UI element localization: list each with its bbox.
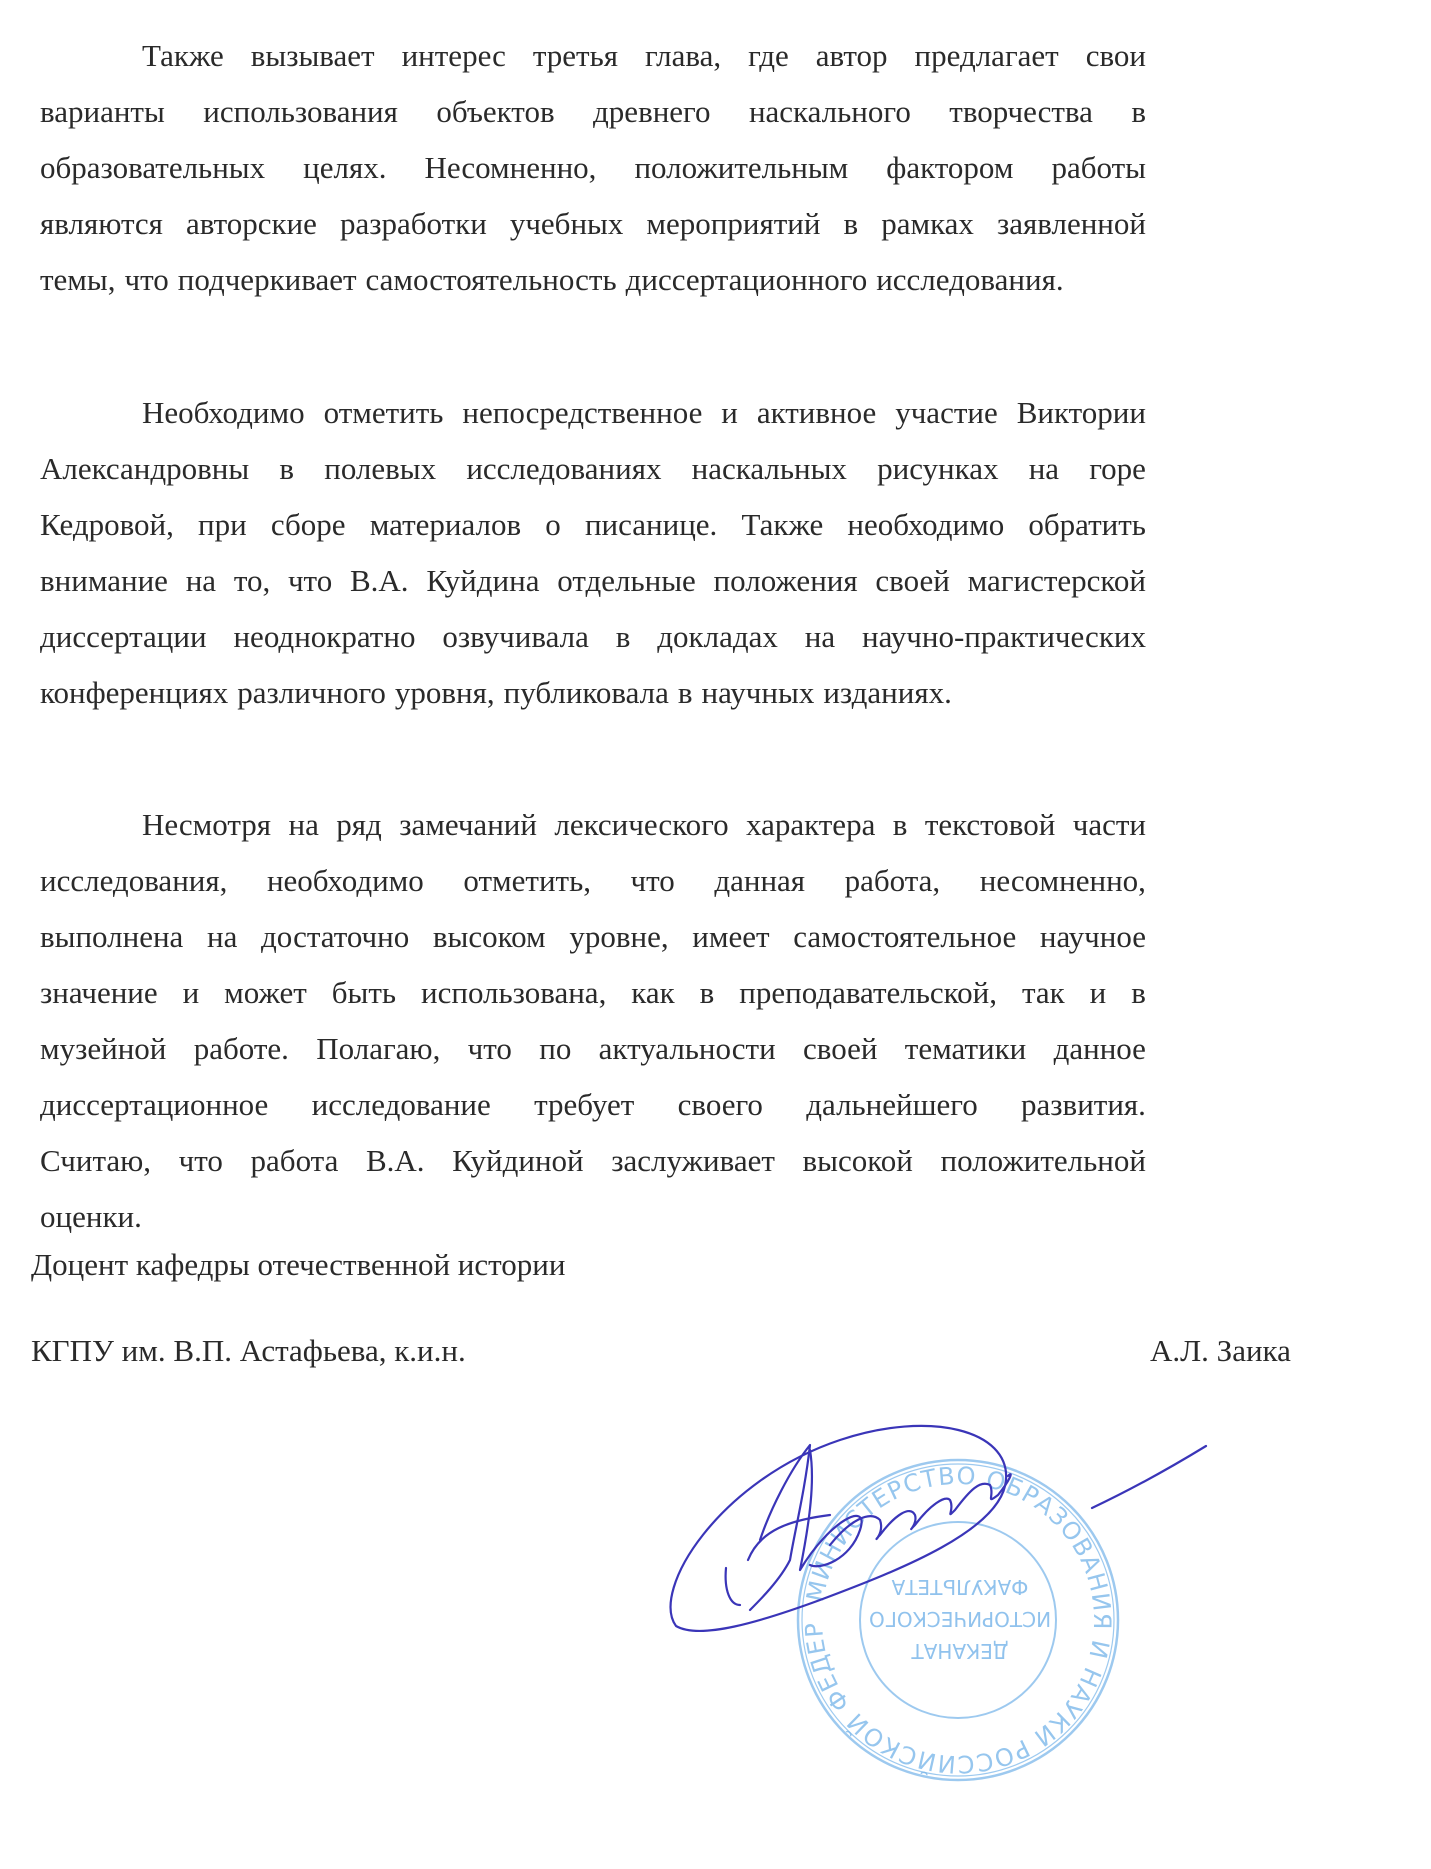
word: являются [40, 196, 163, 252]
word: высоком [433, 909, 546, 965]
word: на [289, 797, 319, 853]
word: на [1029, 441, 1059, 497]
word: то, [234, 553, 270, 609]
text-line: оценки. [40, 1189, 1146, 1245]
text-line: вариантыиспользованияобъектовдревнегонас… [40, 84, 1146, 140]
text-line: темы,чтоподчеркиваетсамостоятельностьдис… [40, 252, 1146, 308]
word: заявленной [997, 196, 1146, 252]
word: оценки. [40, 1189, 142, 1245]
word: фактором [886, 140, 1013, 196]
word: отдельные [557, 553, 696, 609]
word: учебных [510, 196, 624, 252]
word: в [844, 196, 859, 252]
word: использована, [421, 965, 606, 1021]
word: что [288, 553, 332, 609]
word: рисунках [877, 441, 998, 497]
word: по [539, 1021, 571, 1077]
word: публиковала [504, 665, 669, 721]
text-line: являютсяавторскиеразработкиучебныхмеропр… [40, 196, 1146, 252]
word: работы [1051, 140, 1146, 196]
word: подчеркивает [178, 252, 357, 308]
word: обратить [1028, 497, 1146, 553]
word: изданиях. [823, 665, 952, 721]
paragraph-3: Несмотрянарядзамечанийлексическогохаракт… [40, 797, 1146, 1245]
word: Полагаю, [316, 1021, 440, 1077]
word: в [700, 965, 715, 1021]
word: творчества [949, 84, 1093, 140]
word: Куйдина [426, 553, 539, 609]
word: о [545, 497, 561, 553]
word: что [125, 252, 169, 308]
word: магистерской [968, 553, 1146, 609]
word: дальнейшего [806, 1077, 977, 1133]
word: Считаю, [40, 1133, 151, 1189]
word: авторские [186, 196, 317, 252]
word: в [1131, 965, 1146, 1021]
word: актуальности [599, 1021, 776, 1077]
word: исследования, [40, 853, 227, 909]
text-line: значениеиможетбытьиспользована,каквпрепо… [40, 965, 1146, 1021]
word: наскальных [692, 441, 847, 497]
text-line: вниманиенато,чтоВ.А.Куйдинаотдельныеполо… [40, 553, 1146, 609]
word: использования [203, 84, 398, 140]
signatory-organization: КГПУ им. В.П. Астафьева, к.и.н. [31, 1333, 466, 1369]
word: автор [816, 28, 888, 84]
stamp-inner-line-1: ДЕКАНАТ [911, 1639, 1009, 1663]
stamp-inner-line-2: ИСТОРИЧЕСКОГО [869, 1607, 1051, 1631]
word: как [631, 965, 674, 1021]
text-line: Считаю,чтоработаВ.А.Куйдинойзаслуживаетв… [40, 1133, 1146, 1189]
word: при [198, 497, 247, 553]
signatory-name: А.Л. Заика [1150, 1333, 1291, 1369]
word: необходимо [267, 853, 424, 909]
word: Виктории [1017, 385, 1146, 441]
word: исследованиях [466, 441, 661, 497]
word: работе. [194, 1021, 289, 1077]
word: Александровны [40, 441, 249, 497]
signatory-title: Доцент кафедры отечественной истории [31, 1247, 565, 1283]
word: работа, [845, 853, 941, 909]
word: положительной [940, 1133, 1145, 1189]
word: наскального [749, 84, 911, 140]
word: внимание [40, 553, 168, 609]
word: исследование [312, 1077, 491, 1133]
word: конференциях [40, 665, 228, 721]
word: целях. [303, 140, 386, 196]
word: диссертации [40, 609, 207, 665]
text-line: исследования,необходимоотметить,чтоданна… [40, 853, 1146, 909]
text-line: Такжевызываетинтерестретьяглава,гдеавтор… [40, 28, 1146, 84]
document-page: Такжевызываетинтерестретьяглава,гдеавтор… [0, 0, 1431, 1869]
text-line: образовательныхцелях.Несомненно,положите… [40, 140, 1146, 196]
stamp-inner-line-3: ФАКУЛЬТЕТА [891, 1575, 1028, 1599]
word: где [748, 28, 789, 84]
word: участие [895, 385, 998, 441]
word: музейной [40, 1021, 166, 1077]
word: Необходимо [142, 385, 305, 441]
word: научное [1040, 909, 1146, 965]
word: что [468, 1021, 512, 1077]
word: самостоятельное [793, 909, 1016, 965]
word: исследования. [876, 252, 1063, 308]
word: отметить, [463, 853, 591, 909]
word: текстовой [925, 797, 1056, 853]
word: Куйдиной [452, 1133, 583, 1189]
word: Несмотря [142, 797, 271, 853]
word: горе [1089, 441, 1146, 497]
word: замечаний [399, 797, 537, 853]
word: требует [534, 1077, 634, 1133]
word: в [616, 609, 631, 665]
word: необходимо [847, 497, 1004, 553]
word: своей [803, 1021, 877, 1077]
word: так [1022, 965, 1065, 1021]
word: в [1131, 84, 1146, 140]
word: высокой [803, 1133, 913, 1189]
word: значение [40, 965, 158, 1021]
word: разработки [340, 196, 487, 252]
word: своей [875, 553, 949, 609]
paragraph-2: Необходимоотметитьнепосредственноеиактив… [40, 385, 1146, 721]
word: работа [251, 1133, 339, 1189]
word: в [893, 797, 908, 853]
word: на [207, 909, 237, 965]
word: и [1090, 965, 1107, 1021]
word: несомненно, [980, 853, 1146, 909]
word: третья [533, 28, 618, 84]
word: научно-практических [862, 609, 1146, 665]
word: В.А. [366, 1133, 425, 1189]
word: и [183, 965, 200, 1021]
word: ряд [336, 797, 382, 853]
word: темы, [40, 252, 116, 308]
word: своего [678, 1077, 763, 1133]
word: Несомненно, [424, 140, 596, 196]
word: неоднократно [233, 609, 415, 665]
word: выполнена [40, 909, 183, 965]
word: части [1073, 797, 1146, 853]
word: и [721, 385, 738, 441]
word: активное [757, 385, 876, 441]
text-line: музейнойработе.Полагаю,чтопоактуальности… [40, 1021, 1146, 1077]
word: озвучивала [442, 609, 589, 665]
word: мероприятий [646, 196, 820, 252]
word: на [805, 609, 835, 665]
word: быть [332, 965, 396, 1021]
word: данное [1054, 1021, 1146, 1077]
word: глава, [645, 28, 721, 84]
word: интерес [402, 28, 506, 84]
word: имеет [692, 909, 769, 965]
word: положения [714, 553, 858, 609]
word: предлагает [915, 28, 1059, 84]
text-line: Несмотрянарядзамечанийлексическогохаракт… [40, 797, 1146, 853]
word: В.А. [350, 553, 409, 609]
word: диссертационное [40, 1077, 268, 1133]
word: что [179, 1133, 223, 1189]
word: заслуживает [611, 1133, 775, 1189]
word: уровне, [569, 909, 668, 965]
text-line: Кедровой,присборематериаловописанице.Так… [40, 497, 1146, 553]
word: что [631, 853, 675, 909]
word: писанице. [585, 497, 717, 553]
text-line: Необходимоотметитьнепосредственноеиактив… [40, 385, 1146, 441]
word: древнего [593, 84, 710, 140]
word: самостоятельность [366, 252, 617, 308]
word: положительным [634, 140, 848, 196]
text-line: Александровнывполевыхисследованияхнаскал… [40, 441, 1146, 497]
word: данная [714, 853, 805, 909]
word: на [186, 553, 216, 609]
text-line: конференцияхразличногоуровня,публиковала… [40, 665, 1146, 721]
word: характера [746, 797, 875, 853]
text-line: диссертациинеоднократноозвучивалавдоклад… [40, 609, 1146, 665]
paragraph-1: Такжевызываетинтерестретьяглава,гдеавтор… [40, 28, 1146, 308]
word: Кедровой, [40, 497, 174, 553]
word: свои [1086, 28, 1146, 84]
word: развития. [1021, 1077, 1146, 1133]
word: лексического [554, 797, 728, 853]
word: объектов [436, 84, 554, 140]
word: Также [741, 497, 823, 553]
word: полевых [324, 441, 436, 497]
word: в [678, 665, 693, 721]
word: образовательных [40, 140, 265, 196]
word: рамках [881, 196, 974, 252]
word: тематики [905, 1021, 1026, 1077]
word: достаточно [261, 909, 409, 965]
word: непосредственное [462, 385, 702, 441]
word: сборе [271, 497, 346, 553]
word: научных [702, 665, 815, 721]
word: варианты [40, 84, 165, 140]
word: Также [142, 28, 224, 84]
word: уровня, [395, 665, 495, 721]
word: преподавательской, [739, 965, 997, 1021]
text-line: диссертационноеисследованиетребуетсвоего… [40, 1077, 1146, 1133]
word: различного [237, 665, 386, 721]
word: отметить [324, 385, 444, 441]
word: может [224, 965, 307, 1021]
word: докладах [657, 609, 778, 665]
word: диссертационного [626, 252, 868, 308]
word: вызывает [251, 28, 375, 84]
word: материалов [370, 497, 521, 553]
text-line: выполненанадостаточновысокомуровне,имеет… [40, 909, 1146, 965]
word: в [279, 441, 294, 497]
